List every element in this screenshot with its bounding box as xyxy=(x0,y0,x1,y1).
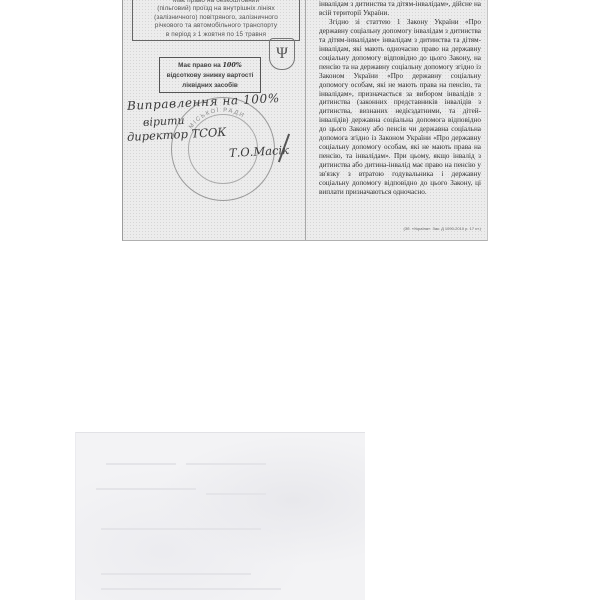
stamp-line: (залізничного) повітряного, залізничного xyxy=(133,14,299,22)
source-citation: (Зб. «Україна». Зак. Д 1090-2010 р. 17 с… xyxy=(403,226,481,231)
stamp-line: (пільговий) проїзд на внутрішніх лініях xyxy=(133,5,299,13)
discount-stamp-prefix: Має право на xyxy=(178,62,222,69)
faint-text-line xyxy=(206,493,266,495)
privilege-stamp: Має право на безкоштовний (пільговий) пр… xyxy=(132,0,300,41)
faint-text-line xyxy=(101,588,281,590)
discount-stamp-line1: Має право на 100% xyxy=(160,60,260,71)
discount-stamp-line2: відсоткову знижку вартості xyxy=(160,71,260,81)
discount-percent-handwritten: 100% xyxy=(222,61,241,69)
law-paragraph-continued: інвалідам з дитинства та дітям-інвалідам… xyxy=(319,0,481,18)
left-page: Має право на безкоштовний (пільговий) пр… xyxy=(123,0,306,240)
discount-stamp-line3: ліквідних засобів xyxy=(160,81,260,91)
faint-text-line xyxy=(96,488,196,490)
faint-text-line xyxy=(186,463,266,465)
law-paragraph-main: Згідно зі статтею 1 Закону України «Про … xyxy=(319,18,481,197)
right-page: інвалідам з дитинства та дітям-інвалідам… xyxy=(307,0,489,240)
faint-text-line xyxy=(101,528,261,530)
faint-scanned-card xyxy=(75,432,365,600)
faint-text-line xyxy=(101,573,251,575)
trident-emblem-icon: Ψ xyxy=(269,38,295,70)
discount-stamp: Має право на 100% відсоткову знижку варт… xyxy=(159,57,261,93)
law-text-column: інвалідам з дитинства та дітям-інвалідам… xyxy=(319,0,481,197)
stamp-line: річкового та автомобільного транспорту xyxy=(133,22,299,30)
faint-text-line xyxy=(106,463,176,465)
scanned-document-page: Має право на безкоштовний (пільговий) пр… xyxy=(122,0,488,241)
